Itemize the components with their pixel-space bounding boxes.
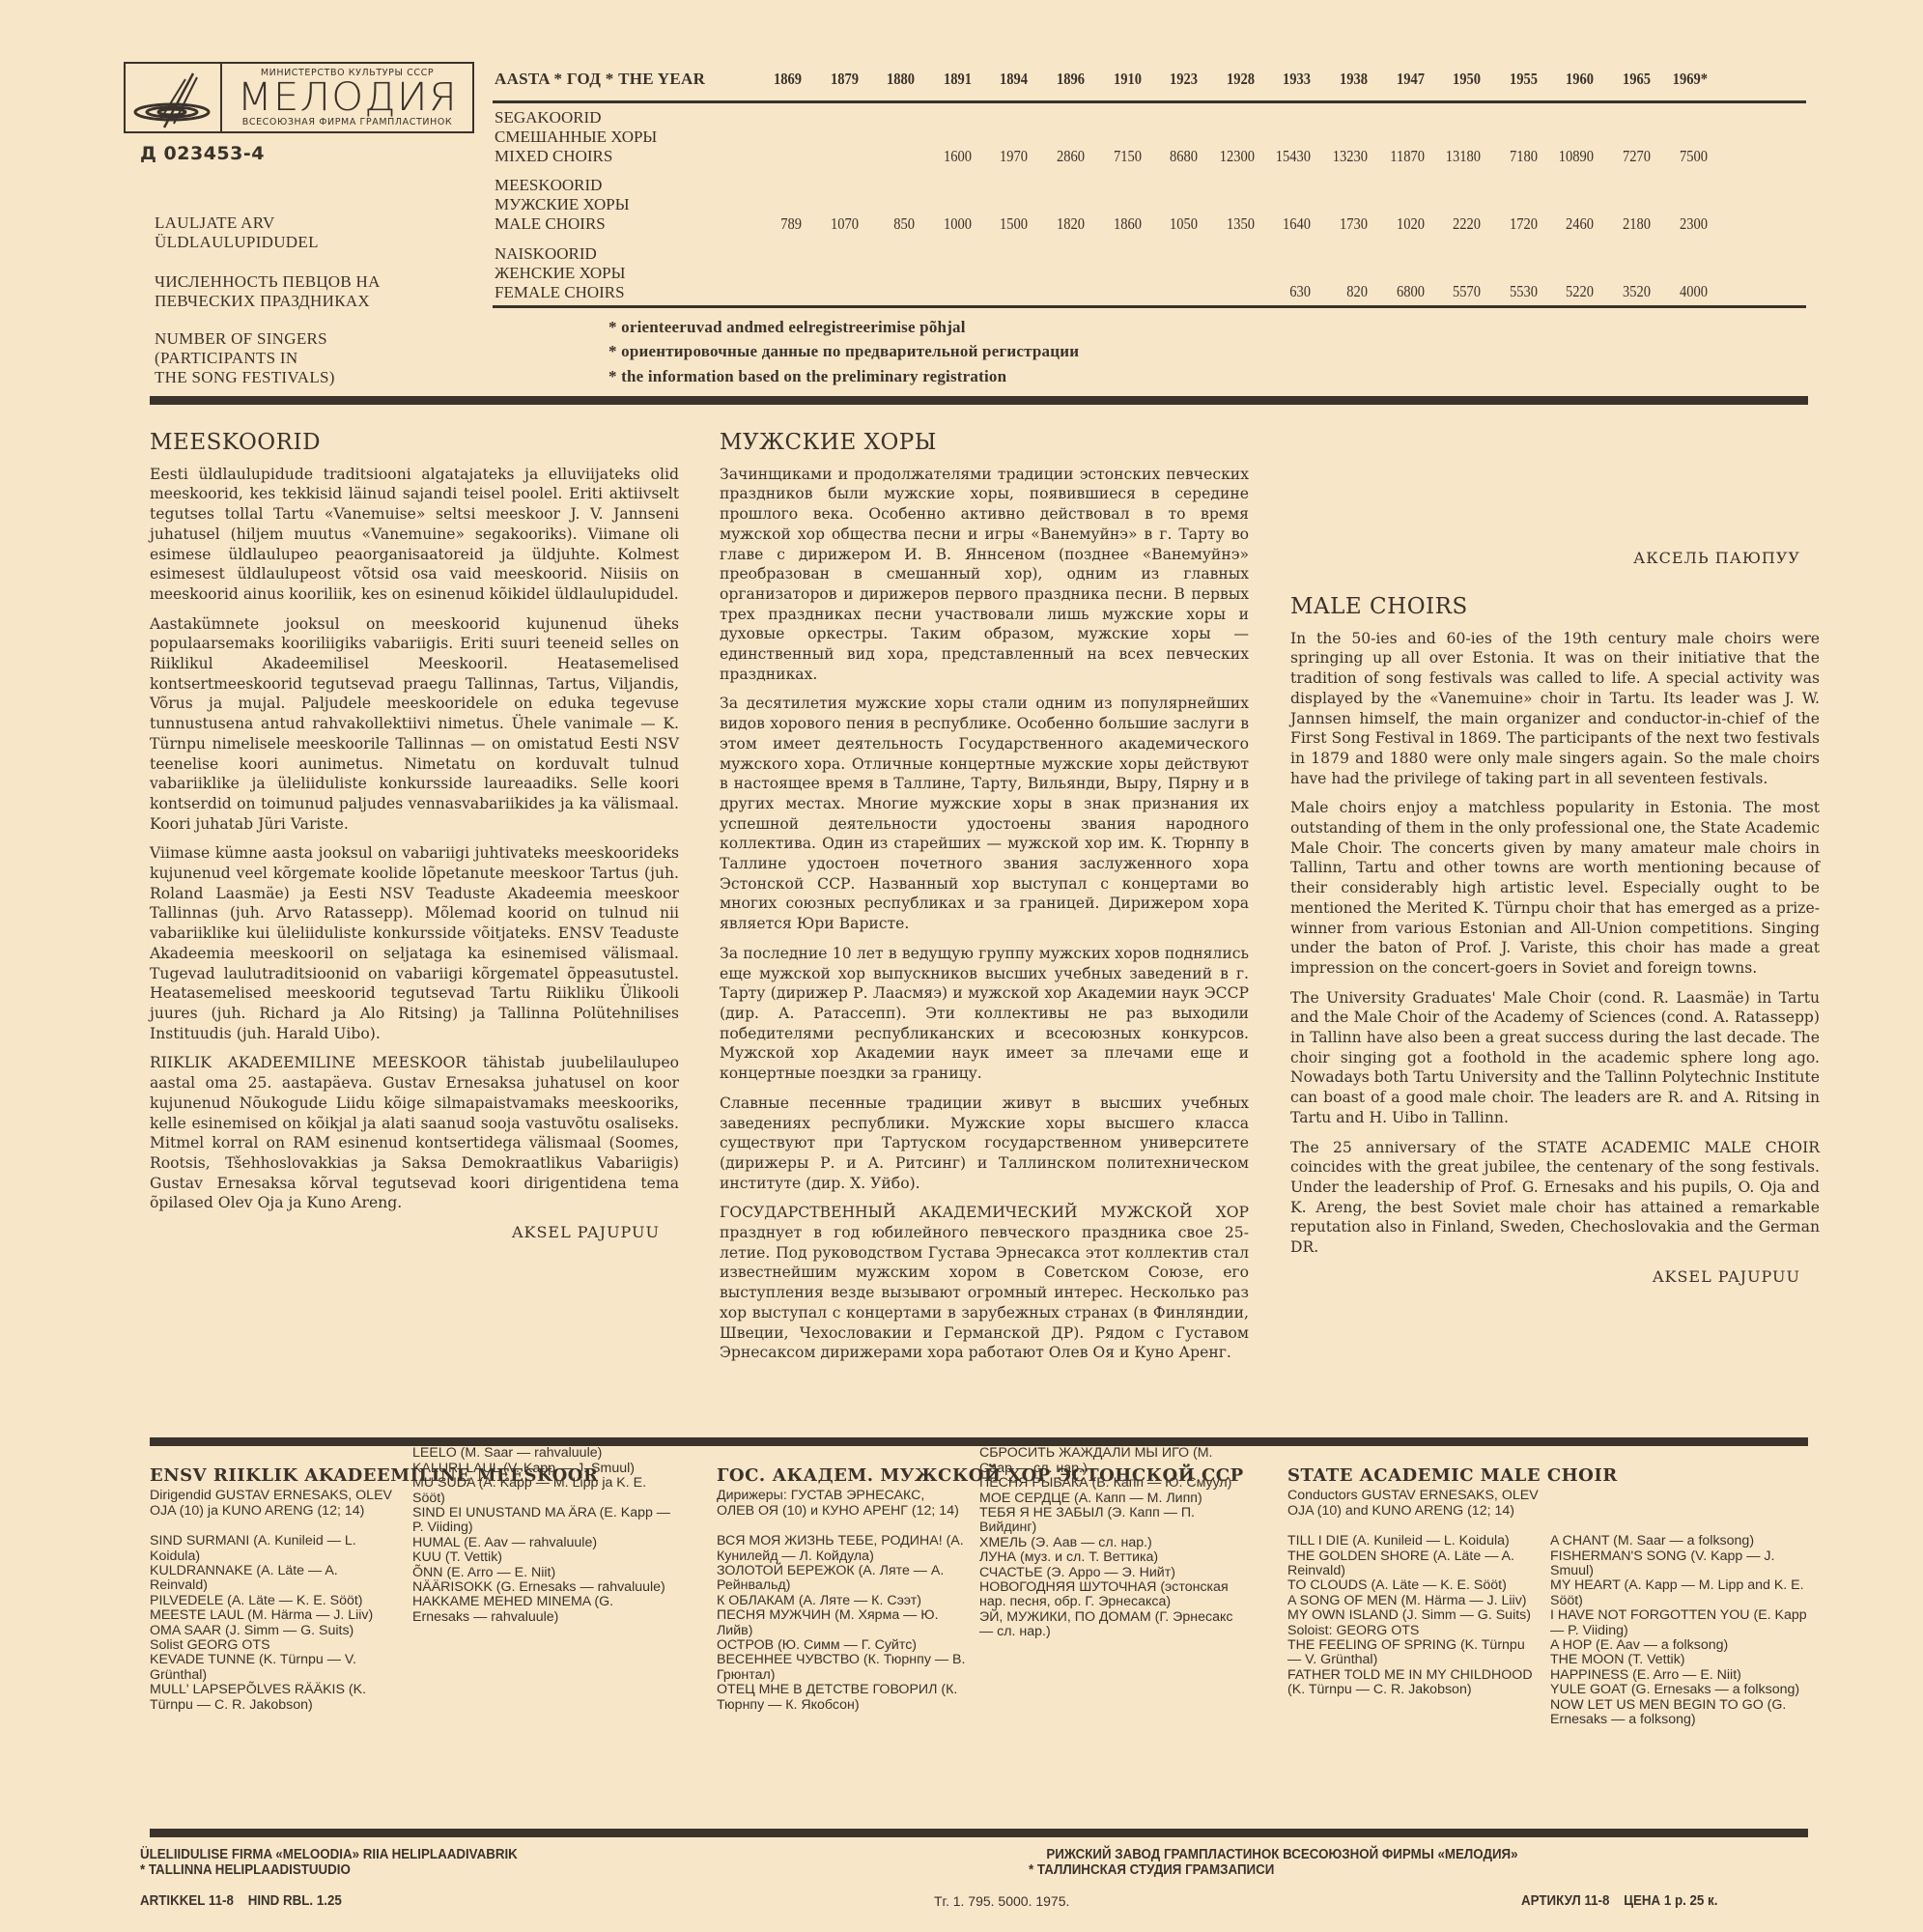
track-item: СБРОСИТЬ ЖАЖДАЛИ МЫ ИГО (М. Саар — сл. н… [979,1446,1240,1476]
value-cell: 7270 [1599,147,1651,166]
year-cell: 1880 [863,70,915,89]
value-cell: 1640 [1260,214,1312,234]
track-item: A HOP (E. Aav — a folksong) [1550,1638,1811,1653]
tracklist-estonian: ENSV RIIKLIK AKADEEMILINE MEESKOOR Dirig… [150,1468,691,1713]
year-cell: 1933 [1260,70,1312,89]
track-item: A SONG OF MEN (M. Härma — J. Liiv) [1287,1594,1537,1608]
melodiya-record-logo-icon [126,64,222,131]
track-item: NÄÄRISOKK (G. Ernesaks — rahvaluule) [412,1580,673,1595]
track-item: PILVEDELE (A. Läte — K. E. Sööt) [150,1594,399,1608]
track-item: KEVADE TUNNE (K. Türnpu — V. Grünthal) [150,1653,399,1683]
value-cell: 1350 [1203,214,1255,234]
footer-et-price: ARTIKKEL 11-8 HIND RBL. 1.25 [140,1893,342,1909]
logo-brand: МЕЛОДИЯ [237,78,457,117]
value-cell: 2300 [1656,214,1708,234]
article-heading-et: MEESKOORID [150,433,679,453]
year-cell: 1960 [1543,70,1595,89]
conductors-ru: Дирижеры: ГУСТАВ ЭРНЕСАКС, ОЛЕВ ОЯ (10) … [717,1489,966,1519]
footer-et-factory: ÜLELIIDULISE FIRMA «MELOODIA» RIIA HELIP… [140,1847,518,1878]
value-cell: 1050 [1146,214,1198,234]
tracklist-heading-en: STATE ACADEMIC MALE CHOIR [1287,1468,1828,1483]
value-cell: 1820 [1033,214,1085,234]
value-cell: 1070 [807,214,859,234]
tracklist-russian: ГОС. АКАДЕМ. МУЖСКОЙ ХОР ЭСТОНСКОЙ ССР Д… [717,1468,1258,1713]
year-cell: 1896 [1033,70,1085,89]
year-cell: 1891 [920,70,972,89]
year-cell: 1969* [1656,70,1708,89]
track-item: THE GOLDEN SHORE (A. Läte — A. Reinvald) [1287,1549,1537,1579]
section-rule-bottom [150,1829,1808,1837]
value-cell: 1020 [1373,214,1425,234]
year-cell: 1947 [1373,70,1425,89]
track-item: ОТЕЦ МНЕ В ДЕТСТВЕ ГОВОРИЛ (К. Тюрнпу — … [717,1683,966,1713]
stats-title-en: NUMBER OF SINGERS (PARTICIPANTS IN THE S… [155,329,335,387]
article-russian: МУЖСКИЕ ХОРЫ Зачинщиками и продолжателям… [720,433,1249,1428]
track-item: SIND SURMANI (A. Kunileid — L. Koidula) [150,1534,399,1564]
track-item: MY HEART (A. Kapp — M. Lipp and K. E. Sö… [1550,1578,1811,1608]
track-item: OMA SAAR (J. Simm — G. Suits) [150,1624,399,1638]
value-cell: 820 [1316,282,1368,301]
track-item: ОСТРОВ (Ю. Симм — Г. Суйтс) [717,1638,966,1653]
author-signature-en: AKSEL PAJUPUU [1290,1267,1820,1288]
value-cell: 2860 [1033,147,1085,166]
year-cell: 1928 [1203,70,1255,89]
value-cell: 12300 [1203,147,1255,166]
value-cell: 1500 [977,214,1029,234]
track-item: MY OWN ISLAND (J. Simm — G. Suits) [1287,1608,1537,1623]
section-rule-top [150,396,1808,405]
track-item: YULE GOAT (G. Ernesaks — a folksong) [1550,1683,1811,1697]
row-label-female: NAISKOORID ЖЕНСКИЕ ХОРЫ FEMALE CHOIRS [495,244,625,302]
track-item: MULL' LAPSEPÕLVES RÄÄKIS (K. Türnpu — C.… [150,1683,399,1713]
value-cell: 13180 [1429,147,1481,166]
value-cell: 1720 [1486,214,1538,234]
value-cell: 1860 [1090,214,1142,234]
table-bottom-rule [493,305,1806,308]
year-cell: 1910 [1090,70,1142,89]
value-cell: 4000 [1656,282,1708,301]
track-item: THE MOON (T. Vettik) [1550,1653,1811,1667]
catalog-number: Д 023453-4 [140,143,265,164]
track-item: A CHANT (M. Saar — a folksong) [1550,1534,1811,1548]
track-item: ÕNN (E. Arro — E. Niit) [412,1566,673,1580]
footnote-en: * the information based on the prelimina… [608,367,1006,386]
year-cell: 1950 [1429,70,1481,89]
article-heading-en: MALE CHOIRS [1290,597,1820,617]
year-cell: 1879 [807,70,859,89]
track-item: HAKKAME MEHED MINEMA (G. Ernesaks — rahv… [412,1595,673,1625]
value-cell: 1600 [920,147,972,166]
value-cell: 6800 [1373,282,1425,301]
value-cell: 7150 [1090,147,1142,166]
track-item: TO CLOUDS (A. Läte — K. E. Sööt) [1287,1578,1537,1593]
track-item: СЧАСТЬЕ (Э. Арро — Э. Нийт) [979,1566,1240,1580]
value-cell: 850 [863,214,915,234]
stats-title-ru: ЧИСЛЕННОСТЬ ПЕВЦОВ НА ПЕВЧЕСКИХ ПРАЗДНИК… [155,272,381,311]
year-cell: 1869 [750,70,802,89]
track-item: ПЕСНЯ МУЖЧИН (М. Хярма — Ю. Лийв) [717,1608,966,1638]
year-cell: 1955 [1486,70,1538,89]
value-cell: 1000 [920,214,972,234]
track-item: МОЕ СЕРДЦЕ (А. Капп — М. Липп) [979,1492,1240,1506]
stats-title-et: LAULJATE ARV ÜLDLAULUPIDUDEL [155,213,319,252]
value-cell: 2220 [1429,214,1481,234]
track-item: HUMAL (E. Aav — rahvaluule) [412,1536,673,1550]
track-item: THE FEELING OF SPRING (K. Türnpu — V. Gr… [1287,1638,1537,1668]
value-cell: 789 [750,214,802,234]
track-item: ПЕСНЯ РЫБАКА (В. Капп — Ю. Смуул) [979,1476,1240,1491]
value-cell: 15430 [1260,147,1312,166]
value-cell: 2460 [1543,214,1595,234]
table-header-rule [493,100,1806,103]
track-item: К ОБЛАКАМ (А. Ляте — К. Сээт) [717,1594,966,1608]
article-heading-ru: МУЖСКИЕ ХОРЫ [720,433,1249,453]
footer-ru-factory: РИЖСКИЙ ЗАВОД ГРАМПЛАСТИНОК ВСЕСОЮЗНОЙ Ф… [1029,1847,1518,1878]
track-item: НОВОГОДНЯЯ ШУТОЧНАЯ (эстонская нар. песн… [979,1580,1240,1610]
value-cell: 7180 [1486,147,1538,166]
track-item: ЛУНА (муз. и сл. Т. Веттика) [979,1550,1240,1565]
track-item: FISHERMAN'S SONG (V. Kapp — J. Smuul) [1550,1549,1811,1579]
year-cell: 1938 [1316,70,1368,89]
year-header: AASTA * ГОД * THE YEAR [495,70,705,89]
year-cell: 1923 [1146,70,1198,89]
melodiya-logo: МИНИСТЕРСТВО КУЛЬТУРЫ СССР МЕЛОДИЯ ВСЕСО… [124,62,474,133]
track-item: ВСЯ МОЯ ЖИЗНЬ ТЕБЕ, РОДИНА! (А. Кунилейд… [717,1534,966,1564]
row-label-mixed: SEGAKOORID СМЕШАННЫЕ ХОРЫ MIXED CHOIRS [495,108,657,166]
value-cell: 1970 [977,147,1029,166]
value-cell: 7500 [1656,147,1708,166]
value-cell: 13230 [1316,147,1368,166]
track-item: TILL I DIE (A. Kunileid — L. Koidula) [1287,1534,1537,1548]
track-item: MU SÜDA (A. Kapp — M. Lipp ja K. E. Sööt… [412,1476,673,1506]
row-label-male: MEESKOORID МУЖСКИЕ ХОРЫ MALE CHOIRS [495,176,630,234]
track-item: LEELO (M. Saar — rahvaluule) [412,1446,673,1461]
track-item: ХМЕЛЬ (Э. Аав — сл. нар.) [979,1536,1240,1550]
footnote-ru: * ориентировочные данные по предваритель… [608,342,1079,361]
value-cell: 1730 [1316,214,1368,234]
author-signature-et: AKSEL PAJUPUU [150,1223,679,1243]
footer-print-code: Тг. 1. 795. 5000. 1975. [934,1893,1069,1909]
article-english: MALE CHOIRS In the 50-ies and 60-ies of … [1290,597,1820,1288]
track-item: KUU (T. Vettik) [412,1550,673,1565]
track-item: ТЕБЯ Я НЕ ЗАБЫЛ (Э. Капп — П. Вийдинг) [979,1506,1240,1536]
footer-ru-price: АРТИКУЛ 11-8 ЦЕНА 1 р. 25 к. [1521,1893,1717,1909]
year-cell: 1894 [977,70,1029,89]
track-item: ЗОЛОТОЙ БЕРЕЖОК (А. Ляте — А. Рейнвальд) [717,1564,966,1594]
track-item: Soloist: GEORG OTS [1287,1624,1537,1638]
track-item: I HAVE NOT FORGOTTEN YOU (E. Kapp — P. V… [1550,1608,1811,1638]
conductors-en: Conductors GUSTAV ERNESAKS, OLEV OJA (10… [1287,1489,1558,1519]
value-cell: 11870 [1373,147,1425,166]
article-russian-continued: АКСЕЛЬ ПАЮПУУ [1290,433,1820,569]
track-item: ЭЙ, МУЖИКИ, ПО ДОМАМ (Г. Эрнесакс — сл. … [979,1610,1240,1640]
track-item: MEESTE LAUL (M. Härma — J. Liiv) [150,1608,399,1623]
tracklist-english: STATE ACADEMIC MALE CHOIR Conductors GUS… [1287,1468,1828,1728]
track-item: KALURI LAUL (V. Kapp — J. Smuul) [412,1462,673,1476]
value-cell: 5530 [1486,282,1538,301]
track-item: SIND EI UNUSTAND MA ÄRA (E. Kapp — P. Vi… [412,1506,673,1536]
track-item: Solist GEORG OTS [150,1638,399,1653]
track-item: NOW LET US MEN BEGIN TO GO (G. Ernesaks … [1550,1698,1811,1728]
track-item: FATHER TOLD ME IN MY CHILDHOOD (K. Türnp… [1287,1668,1537,1698]
value-cell: 3520 [1599,282,1651,301]
footnote-et: * orienteeruvad andmed eelregistreerimis… [608,318,966,337]
track-item: KULDRANNAKE (A. Läte — A. Reinvald) [150,1564,399,1594]
value-cell: 5570 [1429,282,1481,301]
author-signature-ru: АКСЕЛЬ ПАЮПУУ [1290,549,1820,569]
year-cell: 1965 [1599,70,1651,89]
article-estonian: MEESKOORID Eesti üldlaulupidude traditsi… [150,433,679,1243]
value-cell: 630 [1260,282,1312,301]
conductors-et: Dirigendid GUSTAV ERNESAKS, OLEV OJA (10… [150,1489,399,1519]
track-item: ВЕСЕННЕЕ ЧУВСТВО (К. Тюрнпу — В. Грюнтал… [717,1653,966,1683]
value-cell: 8680 [1146,147,1198,166]
value-cell: 10890 [1543,147,1595,166]
track-item: HAPPINESS (E. Arro — E. Niit) [1550,1668,1811,1683]
value-cell: 5220 [1543,282,1595,301]
value-cell: 2180 [1599,214,1651,234]
